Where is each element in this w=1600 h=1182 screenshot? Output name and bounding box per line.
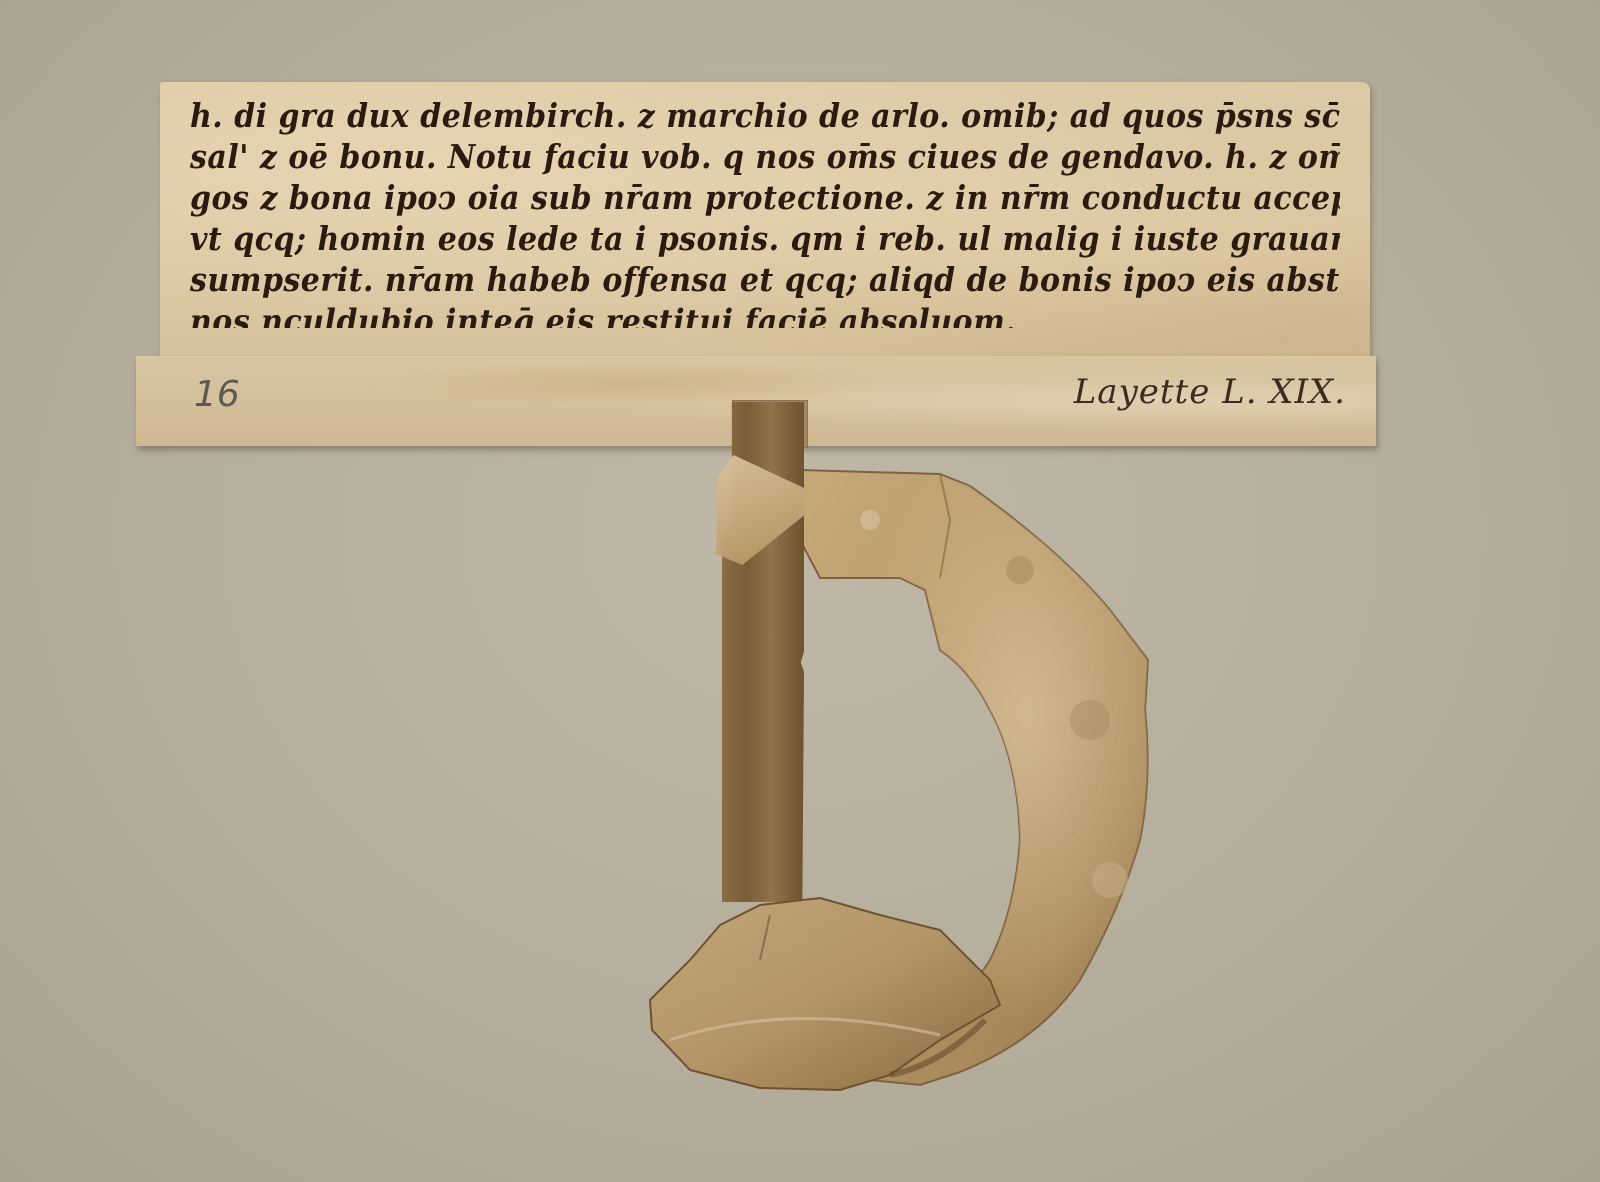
charter-line-3: gos z bona ipoↄ oia sub nr̄am protection… xyxy=(190,176,1340,220)
charter-line-5: sumpserit. nr̄am habeb offensa et qcq; a… xyxy=(190,258,1340,302)
shelf-number: 16 xyxy=(194,374,240,415)
charter-text: h. di gra dux delembirch. z marchio de a… xyxy=(190,96,1340,327)
charter-line-1: h. di gra dux delembirch. z marchio de a… xyxy=(190,94,1340,138)
charter-parchment: h. di gra dux delembirch. z marchio de a… xyxy=(160,82,1370,372)
seal-lump-icon xyxy=(640,890,1010,1100)
charter-line-4: vt qcq; homin eos lede ta i psonis. qm i… xyxy=(190,217,1340,261)
archive-mark: Layette L. XIX. xyxy=(1074,372,1346,412)
charter-line-2: sal' z oē bonu. Notu faciu vob. q nos om… xyxy=(190,135,1340,179)
charter-line-6: nos nculdubio inteḡ eis restitui faciē … xyxy=(190,300,1340,328)
